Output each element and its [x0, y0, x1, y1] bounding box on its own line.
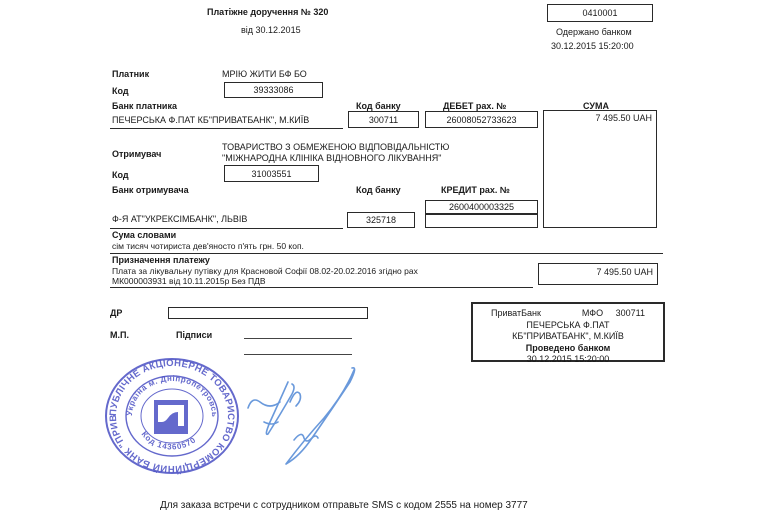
- amount-words-label: Сума словами: [112, 230, 176, 240]
- recipient-bank-code-label: Код банку: [356, 185, 401, 195]
- signature-line-2: [244, 354, 352, 355]
- purpose-line2: МК000003931 від 10.11.2015р Без ПДВ: [112, 276, 266, 286]
- recipient-code-label: Код: [112, 170, 129, 180]
- sum-box: 7 495.50 UAH: [543, 110, 657, 228]
- recipient-code-box: 31003551: [224, 165, 319, 182]
- stamp-mfo-label: МФО: [582, 308, 603, 318]
- dr-field: [168, 307, 368, 319]
- recipient-bank-code-box: 325718: [347, 212, 415, 228]
- recipient-bank-label: Банк отримувача: [112, 185, 189, 195]
- dr-label: ДР: [110, 308, 122, 318]
- stamp-bank-name: ПриватБанк: [491, 308, 541, 320]
- signature-line-1: [244, 338, 352, 339]
- document-title: Платіжне доручення № 320: [207, 7, 328, 17]
- payer-code-label: Код: [112, 86, 129, 96]
- received-datetime: 30.12.2015 15:20:00: [551, 41, 634, 51]
- stamp-branch-line2: КБ"ПРИВАТБАНК", М.КИЇВ: [473, 331, 663, 343]
- purpose-amount-box: 7 495.50 UAH: [538, 263, 658, 285]
- credit-account-box-empty: [425, 214, 538, 228]
- form-code-box: 0410001: [547, 4, 653, 22]
- signature-icon: [240, 360, 370, 475]
- debit-label: ДЕБЕТ рах. №: [443, 101, 506, 111]
- recipient-name-line1: ТОВАРИСТВО З ОБМЕЖЕНОЮ ВІДПОВІДАЛЬНІСТЮ: [222, 142, 449, 152]
- payer-bank-label: Банк платника: [112, 101, 177, 111]
- payer-code-box: 39333086: [224, 82, 323, 98]
- debit-account-box: 26008052733623: [425, 111, 538, 128]
- signatures-label: Підписи: [176, 330, 212, 340]
- sms-notice: Для заказа встречи с сотрудником отправь…: [160, 500, 528, 511]
- payer-bank-code-box: 300711: [348, 111, 419, 128]
- recipient-bank-name: Ф-Я АТ"УКРЕКСІМБАНК", ЛЬВІВ: [112, 214, 247, 224]
- bank-processed-stamp: ПриватБанк МФО 300711 ПЕЧЕРСЬКА Ф.ПАТ КБ…: [471, 302, 665, 362]
- purpose-line1: Плата за лікувальну путівку для Красново…: [112, 266, 418, 276]
- stamp-mfo: 300711: [616, 308, 645, 318]
- amount-words-value: сім тисяч чотириста дев'яносто п'ять грн…: [112, 241, 304, 251]
- received-label: Одержано банком: [556, 27, 632, 37]
- credit-account-box: 2600400003325: [425, 200, 538, 214]
- payer-bank-code-label: Код банку: [356, 101, 401, 111]
- document-date: від 30.12.2015: [241, 25, 301, 35]
- payer-bank-name: ПЕЧЕРСЬКА Ф.ПАТ КБ"ПРИВАТБАНК", М.КИЇВ: [112, 115, 309, 125]
- credit-label: КРЕДИТ рах. №: [441, 185, 510, 195]
- stamp-status: Проведено банком: [473, 343, 663, 355]
- stamp-branch-line1: ПЕЧЕРСЬКА Ф.ПАТ: [473, 320, 663, 332]
- purpose-label: Призначення платежу: [112, 255, 210, 265]
- stamp-datetime: 30.12.2015 15:20:00: [473, 354, 663, 366]
- payer-label: Платник: [112, 69, 149, 79]
- payer-name: МРІЮ ЖИТИ БФ БО: [222, 69, 307, 79]
- recipient-name-line2: "МІЖНАРОДНА КЛІНІКА ВІДНОВНОГО ЛІКУВАННЯ…: [222, 153, 441, 163]
- recipient-label: Отримувач: [112, 149, 161, 159]
- mp-label: М.П.: [110, 330, 129, 340]
- bank-seal-icon: ПУБЛІЧНЕ АКЦІОНЕРНЕ ТОВАРИСТВО КОМЕРЦІЙН…: [102, 356, 242, 476]
